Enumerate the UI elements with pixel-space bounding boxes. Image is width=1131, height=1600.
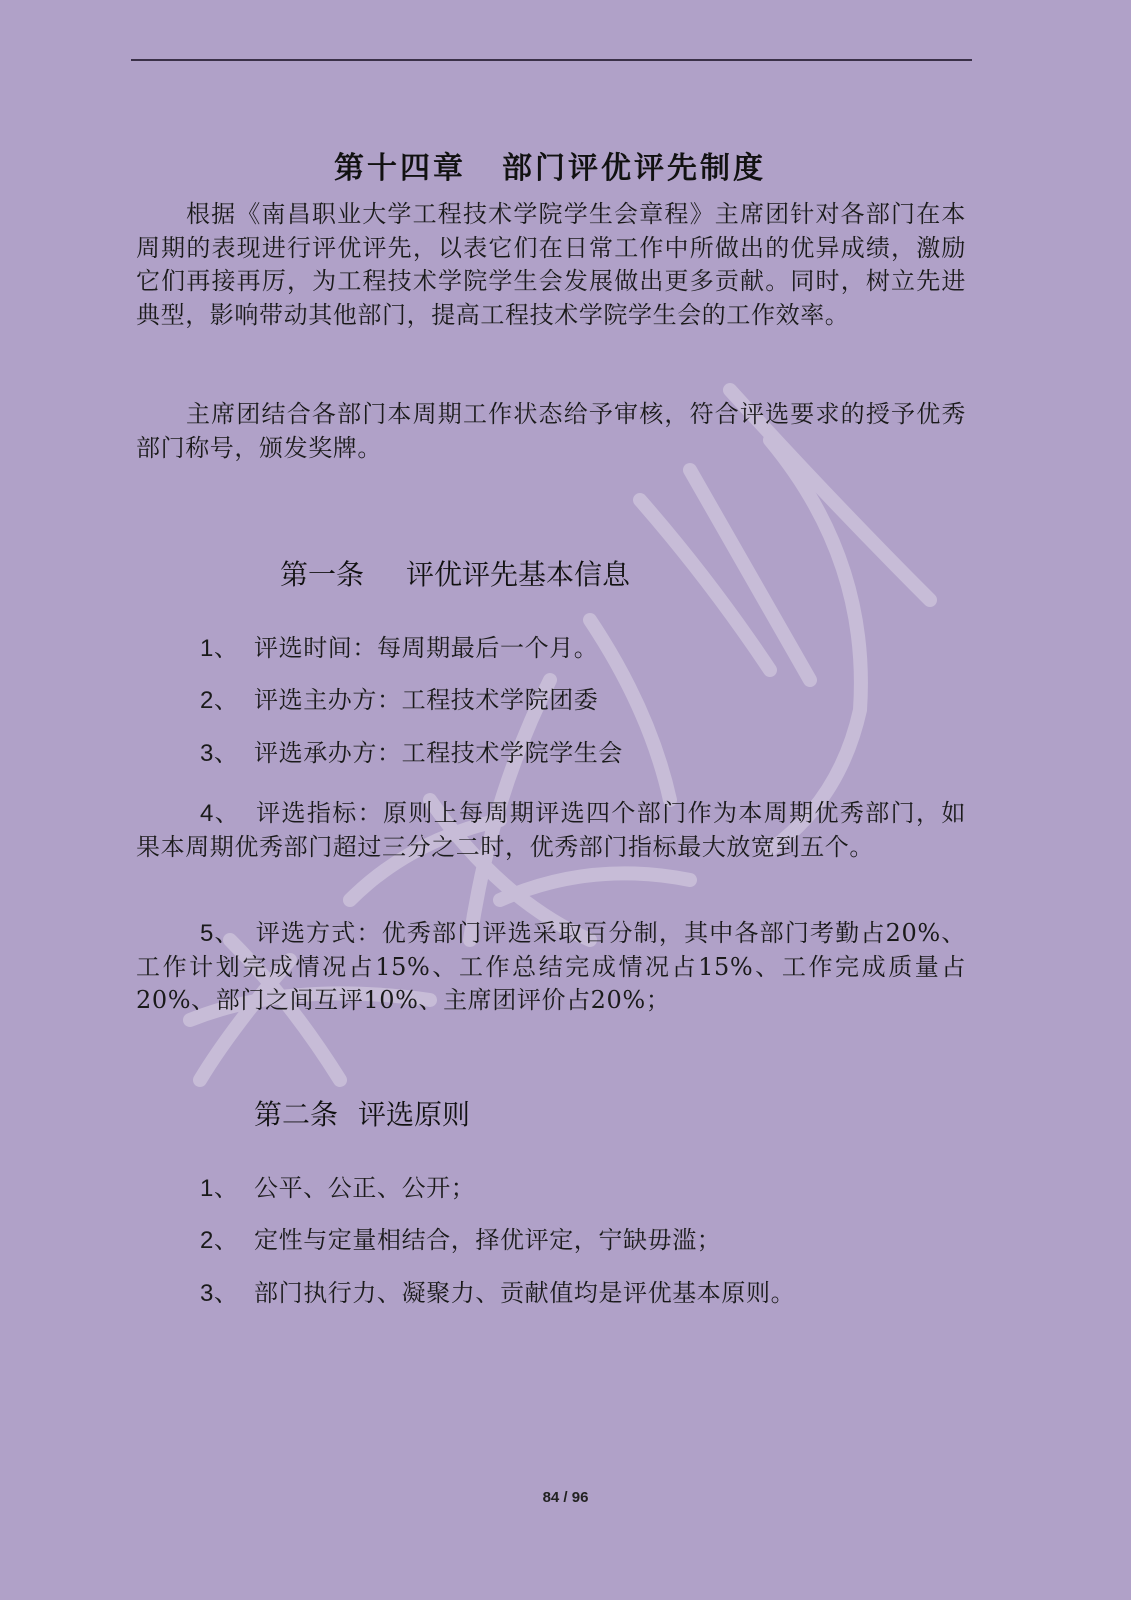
article-1-item-2: 2、评选主办方：工程技术学院团委 [200, 680, 598, 715]
article-2-heading: 第二条评选原则 [254, 1093, 470, 1133]
article-2-number: 第二条 [254, 1098, 338, 1131]
intro-paragraph-1: 根据《南昌职业大学工程技术学院学生会章程》主席团针对各部门在本周期的表现进行评优… [136, 198, 966, 332]
article-1-heading: 第一条评优评先基本信息 [280, 553, 630, 593]
article-2-item-1: 1、公平、公正、公开； [200, 1168, 475, 1203]
intro-paragraph-2: 主席团结合各部门本周期工作状态给予审核，符合评选要求的授予优秀部门称号，颁发奖牌… [136, 398, 966, 465]
article-1-title: 评优评先基本信息 [406, 558, 630, 591]
chapter-title: 第十四章部门评优评先制度 [0, 143, 1100, 187]
page-number: 84 / 96 [0, 1489, 1131, 1506]
chapter-number: 第十四章 [334, 151, 466, 186]
article-2-item-2: 2、定性与定量相结合，择优评定，宁缺毋滥； [200, 1220, 721, 1255]
article-1-item-5: 5、评选方式：优秀部门评选采取百分制，其中各部门考勤占20%、工作计划完成情况占… [136, 917, 966, 1018]
header-rule [131, 59, 972, 61]
article-2-item-3: 3、部门执行力、凝聚力、贡献值均是评优基本原则。 [200, 1273, 795, 1308]
article-1-number: 第一条 [280, 558, 364, 591]
article-1-item-3: 3、评选承办方：工程技术学院学生会 [200, 733, 623, 768]
article-2-title: 评选原则 [358, 1098, 470, 1131]
article-1-item-1: 1、评选时间：每周期最后一个月。 [200, 628, 598, 663]
chapter-name: 部门评优评先制度 [502, 151, 766, 186]
article-1-item-4: 4、评选指标：原则上每周期评选四个部门作为本周期优秀部门，如果本周期优秀部门超过… [136, 797, 966, 864]
